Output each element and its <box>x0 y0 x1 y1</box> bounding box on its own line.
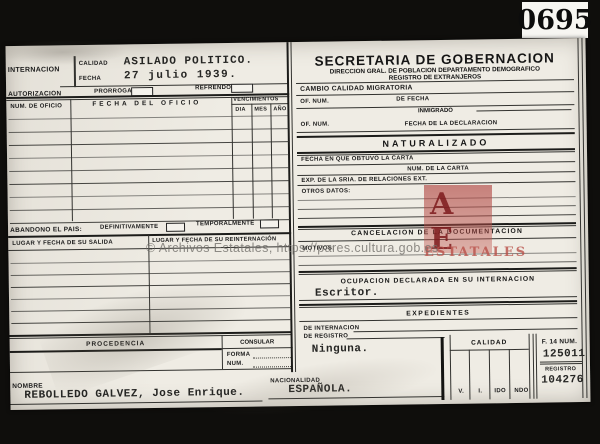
num-label: NUM. <box>227 361 244 367</box>
calidad-label: CALIDAD <box>79 61 108 67</box>
forma-label: FORMA <box>227 352 251 358</box>
archive-watermark-url: © Archivos Estatales, https://pares.cult… <box>146 241 439 255</box>
page-number-slate: 0695 <box>522 2 588 38</box>
fecha-declaracion-label: FECHA DE LA DECLARACION <box>405 120 498 127</box>
ruled-line <box>10 206 290 211</box>
calidad-col-ido: IDO <box>494 388 506 394</box>
de-internacion-label: DE INTERNACION <box>303 325 359 332</box>
cambio-header: CAMBIO CALIDAD MIGRATORIA <box>300 84 413 93</box>
subcol-dia: DIA <box>235 107 245 113</box>
salida-rows <box>5 38 585 46</box>
calidad-col-divider <box>469 350 471 400</box>
registro-label: REGISTRO <box>545 366 576 372</box>
temporalmente-label: TEMPORALMENTE <box>196 221 255 228</box>
col-num-oficio: NUM. DE OFICIO <box>10 103 62 110</box>
abandono-label: ABANDONO EL PAIS: <box>10 226 82 234</box>
definitivamente-checkbox[interactable] <box>166 223 185 232</box>
ruled-line <box>11 319 291 324</box>
ruled-line <box>9 180 289 185</box>
calidad-col-divider <box>489 349 491 399</box>
calidad-col-v: V. <box>458 389 464 395</box>
rule <box>231 103 288 105</box>
ruled-line <box>11 259 291 264</box>
f14-label: F. 14 NUM. <box>542 338 578 345</box>
registro-value: Ninguna. <box>312 343 369 356</box>
rule <box>347 337 445 339</box>
oficio-table-rows <box>5 38 585 46</box>
ruled-line <box>9 154 289 159</box>
consular-header: CONSULAR <box>222 339 293 346</box>
f14-divider <box>533 334 535 399</box>
fecha-value: 27 julio 1939. <box>124 69 238 83</box>
motivos-rows <box>5 38 585 46</box>
subcol-ano: AÑO <box>273 106 286 112</box>
rule <box>540 363 582 365</box>
internacion-label: INTERNACION <box>8 66 60 74</box>
rule <box>354 328 578 332</box>
rule <box>60 83 288 87</box>
de-fecha-label: DE FECHA <box>396 96 429 102</box>
rule <box>10 368 293 373</box>
ruled-line <box>299 261 577 266</box>
brace-divider <box>74 56 76 87</box>
table-divider <box>270 103 273 218</box>
page-number: 0695 <box>517 5 592 36</box>
calidad-col-ndo: NDO <box>514 388 528 394</box>
ocupacion-value: Escritor. <box>315 287 379 300</box>
fecha-carta-label: FECHA EN QUE OBTUVO LA CARTA <box>301 155 414 163</box>
temporalmente-checkbox[interactable] <box>260 219 279 228</box>
registro-num: 104276 <box>541 374 584 387</box>
ruled-line <box>11 271 291 276</box>
otros-datos-label: OTROS DATOS: <box>302 188 351 195</box>
num-carta-label: NUM. DE LA CARTA <box>407 166 469 173</box>
scan-smudge <box>0 38 128 66</box>
ruled-line <box>11 295 291 300</box>
de-registro-label: DE REGISTRO <box>304 333 349 340</box>
rule <box>10 348 222 353</box>
otros-datos-rows <box>5 38 585 46</box>
ruled-line <box>9 128 289 133</box>
salida-header: LUGAR Y FECHA DE SU SALIDA <box>12 240 113 247</box>
ruled-line <box>9 167 289 172</box>
archive-watermark-caption: ESTATALES <box>424 245 548 260</box>
registry-card: INTERNACION CALIDAD ASILADO POLITICO. FE… <box>5 38 590 410</box>
fecha-label: FECHA <box>79 76 101 82</box>
col-vencimientos: VENCIMIENTOS <box>233 96 278 103</box>
ruled-line <box>10 193 290 198</box>
rule <box>268 396 444 399</box>
nombre-value: REBOLLEDO GALVEZ, Jose Enrique. <box>24 387 244 402</box>
prorroga-label: PRORROGA <box>94 88 132 95</box>
heavy-bar <box>441 337 445 400</box>
f14-value: 125011 <box>543 348 586 361</box>
f14-divider <box>536 334 538 399</box>
table-divider <box>251 104 254 219</box>
calidad-box-header: CALIDAD <box>450 339 529 347</box>
subcol-mes: MES <box>254 106 267 112</box>
ruled-line <box>11 307 291 312</box>
refrendo-label: REFRENDO <box>195 85 231 92</box>
of-num2-label: OF. NUM. <box>301 122 330 128</box>
ruled-line <box>11 283 291 288</box>
col-fecha-oficio: FECHA DEL OFICIO <box>92 99 201 108</box>
of-num-label: OF. NUM. <box>300 99 329 105</box>
definitivamente-label: DEFINITIVAMENTE <box>100 224 158 231</box>
ruled-line <box>9 141 289 146</box>
calidad-col-i: I. <box>478 388 482 394</box>
calidad-box-border <box>529 334 531 399</box>
refrendo-checkbox[interactable] <box>231 84 253 93</box>
calidad-col-divider <box>509 349 511 399</box>
ruled-line <box>9 115 289 120</box>
scanned-document: 0695 INTERNACION CALIDAD ASILADO POLITIC… <box>0 0 600 444</box>
forma-field[interactable] <box>253 356 291 359</box>
ocupacion-header: OCUPACION DECLARADA EN SU INTERNACION <box>299 275 577 286</box>
nacionalidad-value: ESPAÑOLA. <box>288 383 352 396</box>
calidad-value: ASILADO POLITICO. <box>124 55 253 69</box>
rule <box>222 347 293 349</box>
